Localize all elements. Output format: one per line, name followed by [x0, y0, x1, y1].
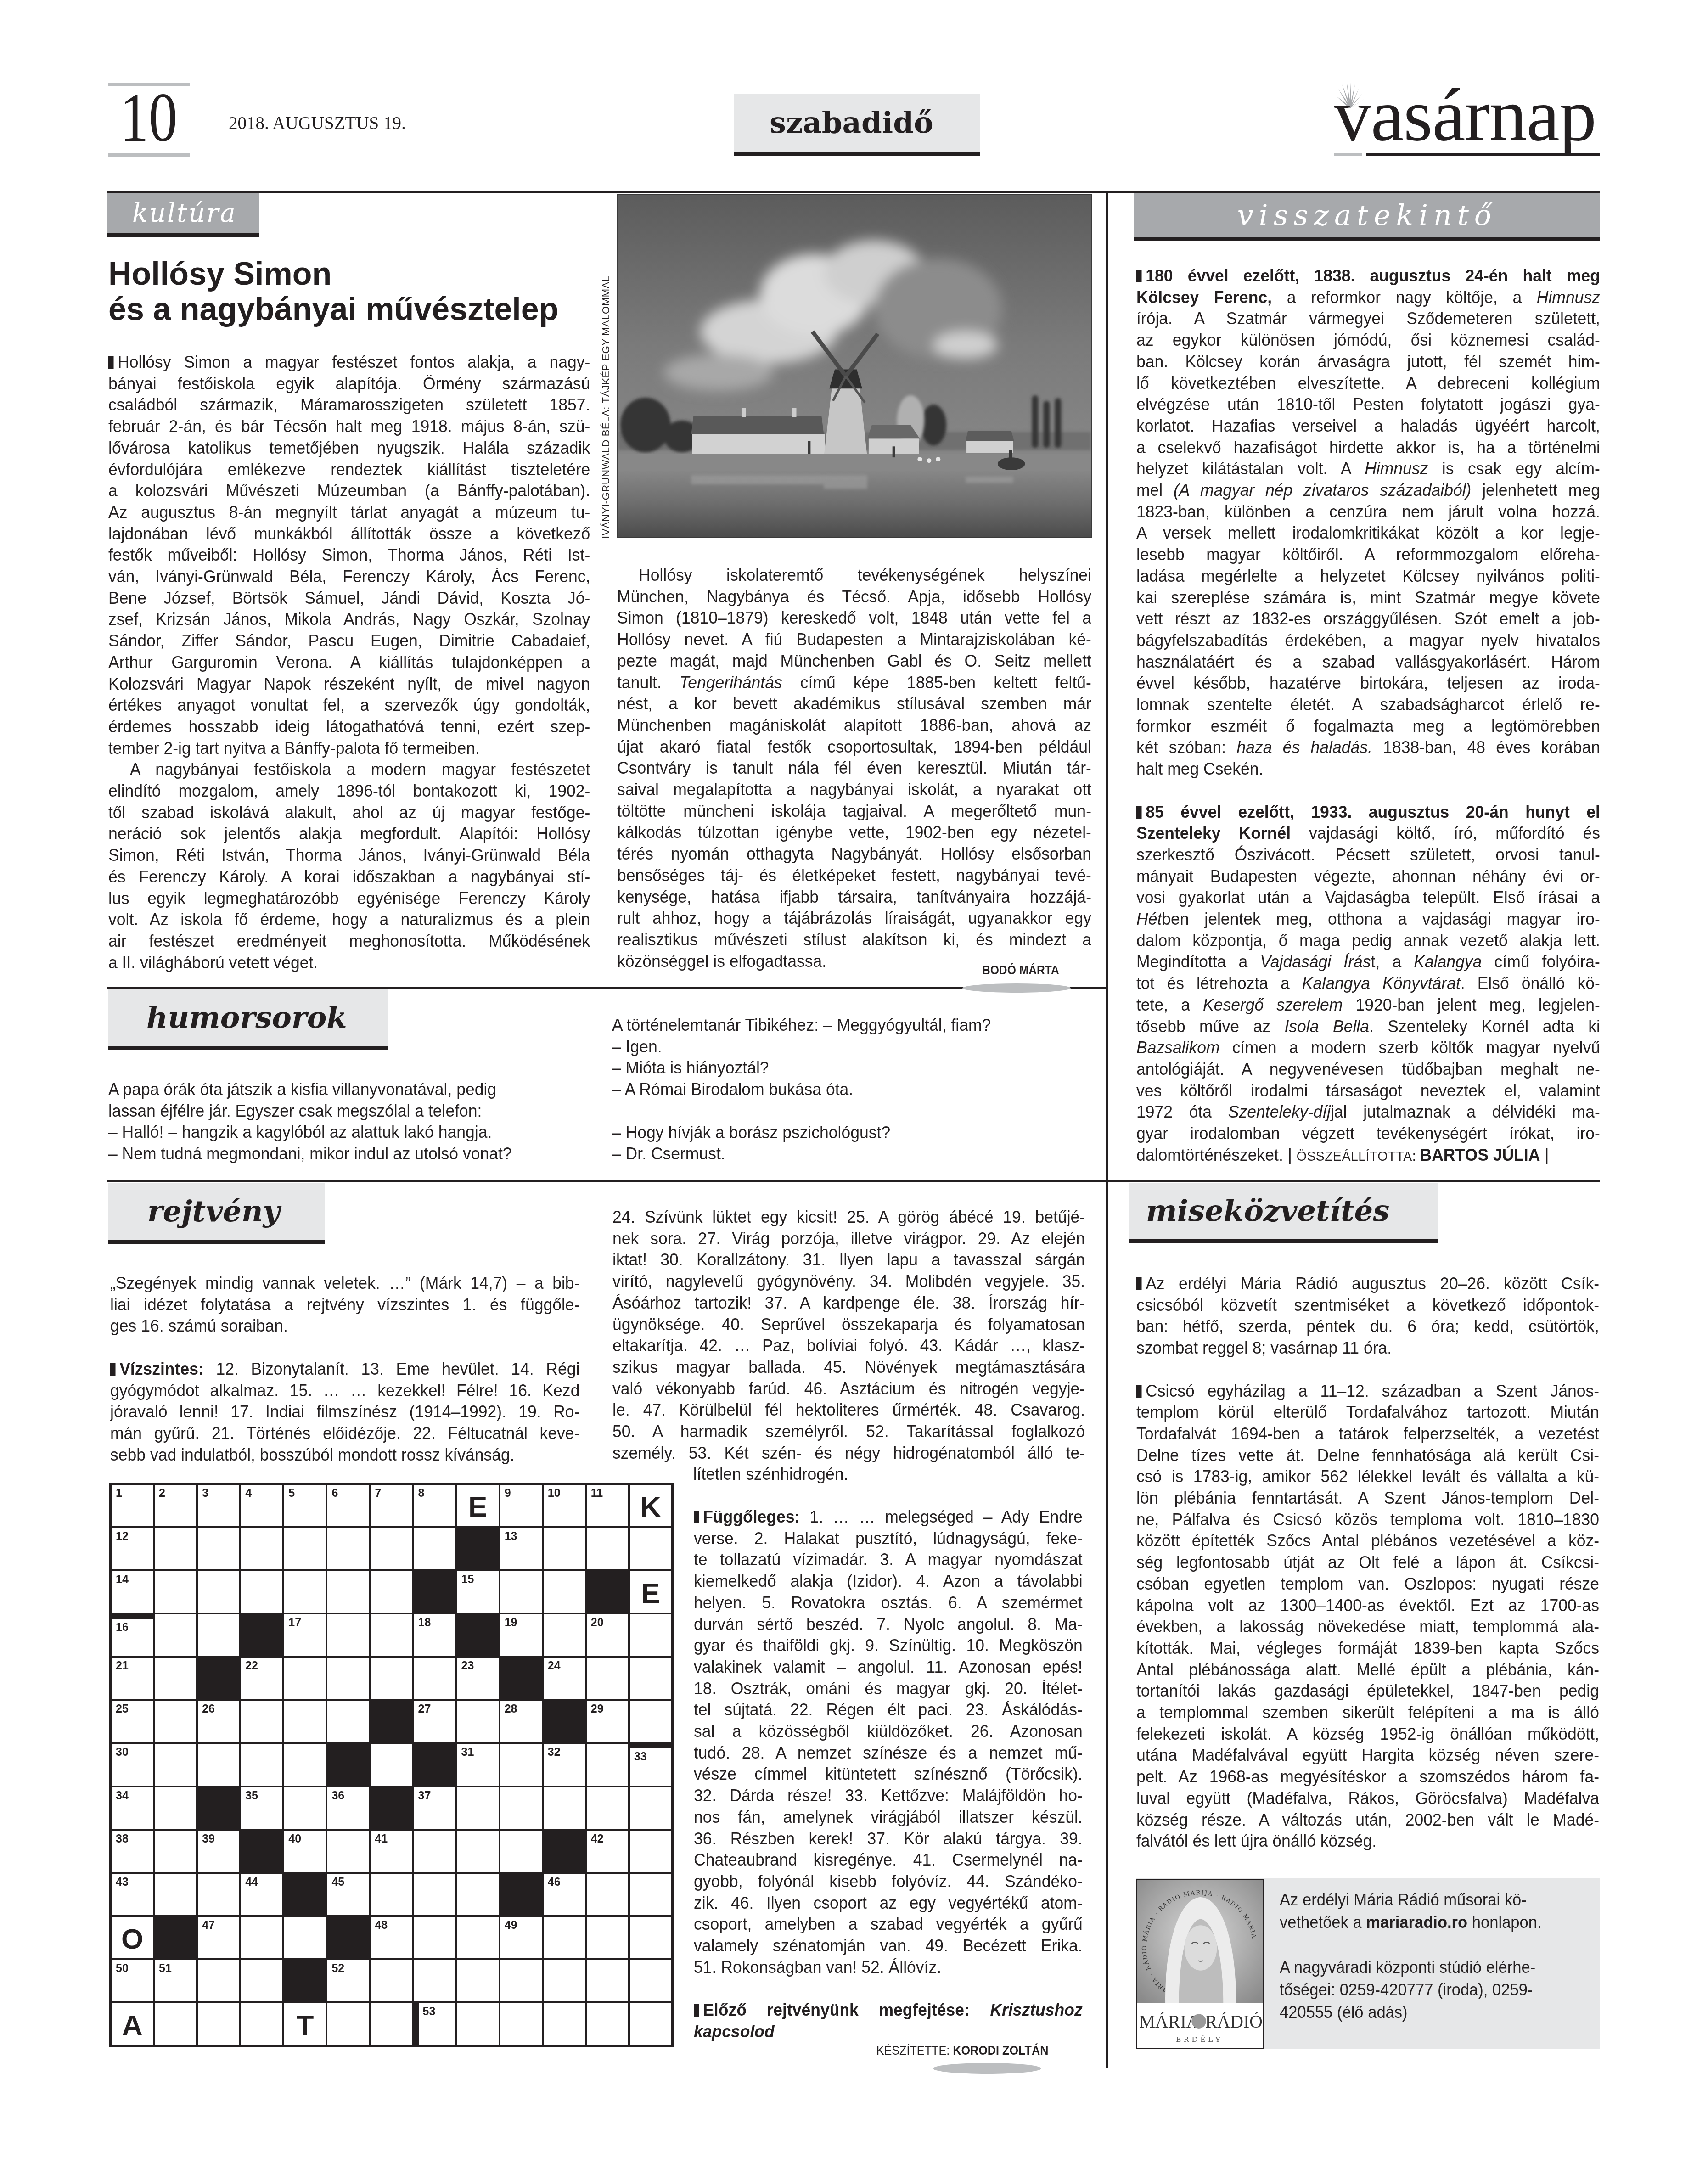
- text-line: Simon (1810–1879) kereskedő volt, 1848 u…: [617, 607, 1091, 629]
- crossword-cell[interactable]: [154, 1613, 197, 1657]
- paragraph-marker-icon: [1136, 270, 1142, 282]
- crossword-cell[interactable]: 5: [283, 1484, 326, 1527]
- crossword-cell[interactable]: [586, 1959, 629, 2002]
- crossword-cell[interactable]: [370, 1613, 413, 1657]
- crossword-cell[interactable]: [197, 1873, 240, 1916]
- crossword-cell[interactable]: [629, 2002, 672, 2045]
- crossword-block: [283, 1959, 326, 2002]
- clue-number: 12: [116, 1531, 129, 1542]
- crossword-cell[interactable]: [240, 1743, 283, 1786]
- crossword-cell[interactable]: [586, 1527, 629, 1570]
- crossword-cell[interactable]: [456, 1700, 500, 1743]
- puzzle-credit: KÉSZÍTETTE: KORODI ZOLTÁN: [876, 2042, 1048, 2059]
- text-run: elvégzése után 1810-től Pesten folytatot…: [1136, 395, 1600, 414]
- crossword-cell[interactable]: [500, 1570, 543, 1613]
- crossword-cell[interactable]: [154, 1743, 197, 1786]
- crossword-cell[interactable]: 53: [413, 2002, 456, 2045]
- text-line: antológiáját. A negyvenévesen tüdőbajban…: [1136, 1059, 1600, 1080]
- text-line: Ásóárhoz tartozik! 37. A kardpenge éle. …: [612, 1292, 1085, 1314]
- text-line: le. 47. Körülbelül fél hektoliteres űrmé…: [612, 1399, 1085, 1421]
- crossword-cell[interactable]: 27: [413, 1700, 456, 1743]
- clue-number: 50: [116, 1963, 129, 1974]
- text-line: Kolozsvári Magyar Napok részeként nyílt,…: [108, 674, 590, 695]
- crossword-cell[interactable]: [543, 1959, 586, 2002]
- text-run: felekezeti iskolát. A község 1952-ig öná…: [1136, 1725, 1599, 1743]
- crossword-cell[interactable]: 38: [111, 1830, 154, 1873]
- clue-number: 47: [202, 1920, 215, 1931]
- crossword-cell[interactable]: 30: [111, 1743, 154, 1786]
- styled-text-run: ÖSSZEÁLLÍTOTTA:: [1297, 1149, 1420, 1164]
- crossword-cell[interactable]: [283, 1527, 326, 1570]
- crossword-cell[interactable]: 23: [456, 1657, 500, 1700]
- crossword-cell[interactable]: 50: [111, 1959, 154, 2002]
- crossword-cell[interactable]: [629, 1700, 672, 1743]
- crossword-cell[interactable]: [543, 1527, 586, 1570]
- clue-number: 5: [288, 1488, 295, 1499]
- text-run: Sándor, Ziffer Sándor, Pascu Eugen, Dimi…: [108, 631, 590, 650]
- crossword-cell[interactable]: [326, 1570, 370, 1613]
- text-line: gyar és thaiföldi gkj. 9. Színültig. 10.…: [694, 1635, 1083, 1657]
- text-run: A történelemtanár Tibikéhez: – Meggyógyu…: [612, 1016, 991, 1034]
- text-run: sebb vad indulatból, bosszúból mondott r…: [110, 1445, 515, 1464]
- text-run: liai idézet folytatása a rejtvény vízszi…: [110, 1295, 579, 1314]
- text-run: – Mióta is hiányoztál?: [612, 1058, 769, 1077]
- crossword-cell[interactable]: [326, 2002, 370, 2045]
- text-line: község része. A változás után, 2002-ben …: [1136, 1809, 1599, 1831]
- crossword-cell[interactable]: [543, 1916, 586, 1959]
- crossword-cell[interactable]: 10: [543, 1484, 586, 1527]
- text-line: Hollósy nevet. A fiú Budapesten a Mintar…: [617, 629, 1091, 651]
- crossword-cell[interactable]: 32: [543, 1743, 586, 1786]
- text-run: gyar és thaiföldi gkj. 9. Színültig. 10.…: [694, 1636, 1083, 1655]
- text-run: – Dr. Csermust.: [612, 1144, 725, 1163]
- text-line: Az augusztus 8-án megnyílt tárlat anyagá…: [108, 502, 590, 523]
- crossword-cell[interactable]: [456, 1959, 500, 2002]
- page-number: 10: [120, 83, 177, 153]
- crossword-cell[interactable]: 21: [111, 1657, 154, 1700]
- crossword-cell[interactable]: 11: [586, 1484, 629, 1527]
- crossword-block: [413, 1743, 456, 1786]
- painting-image: [617, 194, 1092, 538]
- text-run: 1920-ban jelent meg, legjelen-: [1343, 995, 1600, 1014]
- crossword-cell[interactable]: [629, 1657, 672, 1700]
- text-run: Delne tízes vette át. Delne fennhatósága…: [1136, 1446, 1599, 1465]
- text-line: újat akaró fiatal festők csoportosultak,…: [617, 736, 1091, 758]
- text-line: tőségei: 0259-420777 (iroda), 0259-: [1280, 1978, 1597, 2001]
- crossword-cell[interactable]: [326, 1613, 370, 1657]
- crossword-cell[interactable]: [154, 1657, 197, 1700]
- crossword-cell[interactable]: [456, 1873, 500, 1916]
- crossword-cell[interactable]: [629, 1787, 672, 1830]
- crossword-cell[interactable]: [500, 1830, 543, 1873]
- text-line: lus egyik legmeghatározóbb egyénisége Fe…: [108, 888, 590, 910]
- column-divider: [1106, 192, 1108, 2068]
- crossword-cell[interactable]: 28: [500, 1700, 543, 1743]
- puzzle-section-rule: [107, 1180, 1600, 1182]
- crossword-cell[interactable]: 40: [283, 1830, 326, 1873]
- text-run: évfordulójára emlékezve rendeztek kiállí…: [108, 460, 590, 479]
- clue-number: 20: [591, 1617, 604, 1629]
- given-letter: E: [457, 1493, 499, 1522]
- crossword-cell[interactable]: 4: [240, 1484, 283, 1527]
- text-run: és Ferenczy Károly. A korai időszakban a…: [108, 867, 590, 886]
- text-run: – Hogy hívják a borász pszichológust?: [612, 1123, 890, 1142]
- text-line: 1823-ban, különben a cenzúra nem járult …: [1136, 501, 1600, 523]
- crossword-cell[interactable]: [543, 1570, 586, 1613]
- text-run: újat akaró fiatal festők csoportosultak,…: [617, 737, 1091, 756]
- text-run: az egykor különösen jómódú, ősi köznemes…: [1136, 331, 1600, 349]
- section-label-text: rejtvény: [147, 1194, 280, 1229]
- crossword-cell[interactable]: 51: [154, 1959, 197, 2002]
- section-label-text: kultúra: [132, 198, 237, 228]
- crossword-cell[interactable]: [197, 1613, 240, 1657]
- text-line: kapcsolod: [694, 2021, 1083, 2043]
- crossword-block: [240, 1830, 283, 1873]
- crossword-cell[interactable]: 42: [586, 1830, 629, 1873]
- crossword-cell[interactable]: [154, 1700, 197, 1743]
- crossword-cell[interactable]: 31: [456, 1743, 500, 1786]
- crossword-cell[interactable]: [543, 1613, 586, 1657]
- text-run: kították. Mai, végleges formáját 1839-be…: [1136, 1639, 1599, 1658]
- text-run: gyobb, folyónál kisebb folyóvíz. 44. Szá…: [694, 1872, 1083, 1891]
- byline-ornament: [962, 983, 1071, 993]
- clue-number: 6: [331, 1488, 338, 1499]
- crossword-cell[interactable]: [456, 1787, 500, 1830]
- clue-number: 43: [116, 1877, 129, 1888]
- crossword-cell[interactable]: [370, 1527, 413, 1570]
- clue-number: 46: [548, 1877, 561, 1888]
- crossword-cell[interactable]: [586, 1657, 629, 1700]
- text-line: Münchenben magániskolát alapított 1886-b…: [617, 715, 1091, 736]
- text-line: 36. Részben kerek! 37. Kör alakú tárgya.…: [694, 1828, 1083, 1850]
- crossword-cell[interactable]: [197, 2002, 240, 2045]
- text-run: ban. Kölcsey korán árvaságra jutott, fél…: [1136, 352, 1600, 371]
- crossword-cell[interactable]: [283, 1787, 326, 1830]
- joke-left: A papa órák óta játszik a kisfia villany…: [108, 1079, 593, 1165]
- text-run: lomnak szentelte életét. A szabadságharc…: [1136, 695, 1600, 714]
- text-line: tel sújtatá. 22. Régen élt paci. 23. Ásk…: [694, 1699, 1083, 1721]
- text-line: valamely szénatomján van. 49. Becézett E…: [694, 1935, 1083, 1957]
- crossword-cell[interactable]: [500, 1743, 543, 1786]
- crossword-cell[interactable]: 41: [370, 1830, 413, 1873]
- page-number-bottom-bar: [108, 153, 190, 157]
- text-line: csóban egyetlen templom van. Oszlopos: n…: [1136, 1573, 1599, 1595]
- text-line: kai szereplése számára is, mint Szatmár …: [1136, 587, 1600, 609]
- crossword-cell[interactable]: 34: [111, 1787, 154, 1830]
- text-line: lesebb magyar költőiről. A reformmozgalo…: [1136, 544, 1600, 566]
- text-run: Az erdélyi Mária Rádió műsorai kö-: [1280, 1890, 1527, 1909]
- paragraph-marker-icon: [1136, 806, 1142, 819]
- maria-radio-logo: RADIO MARIA · RÁDIÓ MÁRIA · RADIO MARIJA…: [1136, 1879, 1264, 2049]
- text-run: zsef, Krizsán János, Mikola András, Nagy…: [108, 610, 590, 629]
- logo-region: ERDÉLY: [1176, 2035, 1224, 2044]
- crossword-cell[interactable]: [629, 1959, 672, 2002]
- text-run: töltötte müncheni iskolája tagjaival. A …: [617, 802, 1091, 820]
- crossword-cell[interactable]: 45: [326, 1873, 370, 1916]
- crossword-cell[interactable]: [240, 1959, 283, 2002]
- text-line: 18. Osztrák, ománi és magyar gkj. 20. Ít…: [694, 1678, 1083, 1700]
- crossword-cell[interactable]: 15: [456, 1570, 500, 1613]
- paragraph: 24. Szívünk lüktet egy kicsit! 25. A gör…: [612, 1207, 1085, 1485]
- text-run: 420555 (élő adás): [1280, 2003, 1408, 2022]
- text-line: 180 évvel ezelőtt, 1838. augusztus 24-én…: [1136, 265, 1600, 287]
- crossword-cell[interactable]: 3: [197, 1484, 240, 1527]
- crossword-cell[interactable]: 25: [111, 1700, 154, 1743]
- clue-number: 38: [116, 1833, 129, 1845]
- crossword-cell[interactable]: [370, 1959, 413, 2002]
- crossword-cell[interactable]: 22: [240, 1657, 283, 1700]
- text-run: lajdonában lévő munkákból állították öss…: [108, 524, 590, 543]
- clue-number: 33: [634, 1751, 647, 1763]
- text-run: gyar irodalomban végzett tevékenységért …: [1136, 1124, 1600, 1143]
- crossword-cell[interactable]: [413, 1657, 456, 1700]
- crossword-cell[interactable]: 16: [111, 1613, 154, 1657]
- crossword-block: [326, 1743, 370, 1786]
- text-run: tot és létrehozta a: [1136, 974, 1302, 993]
- crossword-cell[interactable]: [456, 1916, 500, 1959]
- crossword-cell[interactable]: 49: [500, 1916, 543, 1959]
- styled-text-run: 85 évvel ezelőtt, 1933. augusztus 20-án …: [1146, 803, 1600, 821]
- crossword-grid: 12345678E91011K12131415E1617181920212223…: [109, 1483, 674, 2047]
- crossword-cell[interactable]: [326, 1700, 370, 1743]
- text-run: Az erdélyi Mária Rádió augusztus 20–26. …: [1146, 1274, 1599, 1293]
- crossword-cell[interactable]: [326, 1830, 370, 1873]
- crossword-cell[interactable]: 52: [326, 1959, 370, 2002]
- crossword-cell[interactable]: [586, 2002, 629, 2045]
- clue-number: 23: [461, 1660, 474, 1672]
- text-run: lesebb magyar költőiről. A reformmozgalo…: [1136, 545, 1600, 564]
- crossword-cell[interactable]: 36: [326, 1787, 370, 1830]
- crossword-cell[interactable]: [154, 1527, 197, 1570]
- crossword-cell[interactable]: [154, 1873, 197, 1916]
- crossword-cell[interactable]: [283, 1657, 326, 1700]
- crossword-cell[interactable]: 46: [543, 1873, 586, 1916]
- crossword-cell[interactable]: [629, 1830, 672, 1873]
- crossword-cell[interactable]: 9: [500, 1484, 543, 1527]
- text-run: vajdasági költő, író, műfordító és: [1291, 824, 1600, 843]
- text-line: korlatot. Hazafias verseivel a haladás ü…: [1136, 416, 1600, 437]
- crossword-cell[interactable]: [586, 1743, 629, 1786]
- text-run: kálkodás túlzottan igénybe vette, 1902-b…: [617, 823, 1091, 842]
- text-line: február 2-án, és bár Técsőn halt meg 191…: [108, 416, 590, 438]
- text-run: halt meg Csekén.: [1136, 759, 1263, 778]
- crossword-cell[interactable]: 13: [500, 1527, 543, 1570]
- text-line: Arthur Garguromin Verona. A kiállítás tu…: [108, 652, 590, 674]
- text-run: Simon (1810–1879) kereskedő volt, 1848 u…: [617, 608, 1091, 627]
- text-line: tot és létrehozta a Kalangya Könyvtárat.…: [1136, 973, 1600, 995]
- crossword-cell[interactable]: [456, 1830, 500, 1873]
- given-letter: T: [284, 2012, 326, 2040]
- clue-number: 13: [505, 1531, 517, 1542]
- styled-text-run: kapcsolod: [694, 2022, 775, 2041]
- crossword-cell[interactable]: [283, 1700, 326, 1743]
- crossword-cell[interactable]: 12: [111, 1527, 154, 1570]
- text-run: Ásóárhoz tartozik! 37. A kardpenge éle. …: [612, 1293, 1085, 1312]
- clue-number: 41: [375, 1833, 388, 1845]
- crossword-cell[interactable]: [370, 1570, 413, 1613]
- crossword-cell[interactable]: [629, 1527, 672, 1570]
- clue-number: 29: [591, 1703, 604, 1715]
- crossword-cell[interactable]: [413, 1527, 456, 1570]
- text-run: realisztikus művészeti stílust alakítson…: [617, 930, 1091, 949]
- text-run: Hollósy Simon a magyar festészet fontos …: [118, 353, 590, 371]
- crossword-cell[interactable]: [197, 1959, 240, 2002]
- crossword-block: [197, 1657, 240, 1700]
- text-line: töltötte müncheni iskolája tagjaival. A …: [617, 801, 1091, 822]
- text-run: ség legfontosabb útját az Olt felé a láp…: [1136, 1553, 1599, 1572]
- text-run: a II. világháború vetett véget.: [108, 953, 318, 972]
- credit-ornament: [933, 2063, 1041, 2074]
- crossword-cell[interactable]: O: [111, 1916, 154, 1959]
- crossword-cell[interactable]: [370, 1873, 413, 1916]
- crossword-cell[interactable]: [154, 1570, 197, 1613]
- clue-number: 4: [245, 1488, 252, 1499]
- crossword-cell[interactable]: [154, 1830, 197, 1873]
- crossword-cell[interactable]: [240, 1700, 283, 1743]
- crossword-cell[interactable]: 44: [240, 1873, 283, 1916]
- crossword-cell[interactable]: [413, 1959, 456, 2002]
- paragraph-marker-icon: [1136, 1385, 1142, 1398]
- crossword-cell[interactable]: [197, 1570, 240, 1613]
- text-line: csoport, amelyben a szabad vegyérték a g…: [694, 1914, 1083, 1935]
- clue-number: 1: [116, 1488, 122, 1499]
- crossword-cell[interactable]: 47: [197, 1916, 240, 1959]
- crossword-block: [197, 1787, 240, 1830]
- crossword-cell[interactable]: 7: [370, 1484, 413, 1527]
- crossword-cell[interactable]: [240, 1916, 283, 1959]
- crossword-cell[interactable]: [629, 1873, 672, 1916]
- joke-right: A történelemtanár Tibikéhez: – Meggyógyu…: [612, 1015, 1097, 1165]
- crossword-cell[interactable]: 6: [326, 1484, 370, 1527]
- text-line: Függőleges: 1. … … melegséged – Ady Endr…: [694, 1506, 1083, 1528]
- crossword-cell[interactable]: [543, 1787, 586, 1830]
- crossword-cell[interactable]: T: [283, 2002, 326, 2045]
- text-run: lővárosa katolikus temetőjében nyugszik.…: [108, 438, 590, 457]
- crossword-cell[interactable]: 1: [111, 1484, 154, 1527]
- styled-text-run: 180 évvel ezelőtt, 1838. augusztus 24-én…: [1146, 266, 1600, 285]
- clue-number: 32: [548, 1747, 561, 1758]
- styled-text-run: Himnusz: [1365, 459, 1428, 478]
- text-line: luval együtt (Madéfalva, Rákos, Göröcsfa…: [1136, 1788, 1599, 1809]
- crossword-cell[interactable]: A: [111, 2002, 154, 2045]
- text-line: formkor eszméit ő fogalmazta meg a legtö…: [1136, 716, 1600, 737]
- crossword-cell[interactable]: [283, 1916, 326, 1959]
- crossword-cell[interactable]: 19: [500, 1613, 543, 1657]
- crossword-cell[interactable]: [326, 1657, 370, 1700]
- crossword-cell[interactable]: [456, 2002, 500, 2045]
- crossword-cell[interactable]: [197, 1527, 240, 1570]
- text-run: című képe 1885-ben keltett feltű-: [782, 673, 1091, 692]
- crossword-cell[interactable]: [586, 1873, 629, 1916]
- crossword-cell[interactable]: 35: [240, 1787, 283, 1830]
- crossword-cell[interactable]: [370, 1743, 413, 1786]
- text-line: vethetőek a mariaradio.ro honlapon.: [1280, 1911, 1597, 1933]
- crossword-cell[interactable]: 8: [413, 1484, 456, 1527]
- clue-number: 52: [331, 1963, 344, 1974]
- crossword-cell[interactable]: 33: [629, 1743, 672, 1786]
- crossword-cell[interactable]: 17: [283, 1613, 326, 1657]
- text-run: t, a: [1371, 952, 1414, 971]
- crossword-cell[interactable]: [586, 1787, 629, 1830]
- crossword-cell[interactable]: [370, 1657, 413, 1700]
- text-line: liai idézet folytatása a rejtvény vízszi…: [110, 1294, 579, 1316]
- crossword-cell[interactable]: [326, 1527, 370, 1570]
- text-line: falvától és lett újra önálló község.: [1136, 1831, 1599, 1852]
- styled-text-run: Előző rejtvényünk megfejtése:: [703, 2000, 990, 2019]
- crossword-cell[interactable]: [629, 1613, 672, 1657]
- crossword-cell[interactable]: [370, 2002, 413, 2045]
- crossword-cell[interactable]: [283, 1570, 326, 1613]
- crossword-cell[interactable]: 39: [197, 1830, 240, 1873]
- crossword-cell[interactable]: [500, 2002, 543, 2045]
- text-run: honlapon.: [1467, 1913, 1541, 1932]
- crossword-cell[interactable]: 18: [413, 1613, 456, 1657]
- crossword-cell[interactable]: E: [629, 1570, 672, 1613]
- text-run: című folyóira-: [1482, 952, 1600, 971]
- crossword-cell[interactable]: 20: [586, 1613, 629, 1657]
- crossword-block: [500, 1873, 543, 1916]
- article-headline: Hollósy Simon és a nagybányai művésztele…: [108, 256, 558, 327]
- crossword-cell[interactable]: [500, 1959, 543, 2002]
- clue-number: 51: [159, 1963, 172, 1974]
- crossword-cell[interactable]: [543, 2002, 586, 2045]
- crossword-cell[interactable]: 24: [543, 1657, 586, 1700]
- crossword-cell[interactable]: K: [629, 1484, 672, 1527]
- section-label-humorsorok: humorsorok: [108, 989, 388, 1050]
- crossword-cell[interactable]: [413, 1830, 456, 1873]
- crossword-cell[interactable]: E: [456, 1484, 500, 1527]
- clue-number: 53: [423, 2006, 436, 2017]
- crossword-cell[interactable]: [629, 1916, 672, 1959]
- crossword-cell[interactable]: 14: [111, 1570, 154, 1613]
- text-run: a cselekvő hazafiságot hirdette akkor is…: [1136, 438, 1600, 457]
- crossword-cell[interactable]: [586, 1916, 629, 1959]
- crossword-cell[interactable]: [154, 1787, 197, 1830]
- crossword-cell[interactable]: [240, 1570, 283, 1613]
- crossword-cell[interactable]: [197, 1743, 240, 1786]
- text-run: között építették Szőcs Antal plébános ve…: [1136, 1531, 1599, 1550]
- text-line: Bene József, Börtsök Sámuel, Jándi Dávid…: [108, 588, 590, 609]
- crossword-cell[interactable]: [154, 2002, 197, 2045]
- crossword-cell[interactable]: 48: [370, 1916, 413, 1959]
- crossword-cell[interactable]: [283, 1743, 326, 1786]
- text-line: mányait Budapesten végezte, ahonnan néhá…: [1136, 866, 1600, 888]
- text-run: Arthur Garguromin Verona. A kiállítás tu…: [108, 653, 590, 672]
- crossword-cell[interactable]: 37: [413, 1787, 456, 1830]
- text-run: A versek mellett irodalomkritikákat közö…: [1136, 523, 1600, 542]
- text-line: Az erdélyi Mária Rádió augusztus 20–26. …: [1136, 1273, 1599, 1295]
- crossword-cell[interactable]: [413, 1916, 456, 1959]
- text-run: Chateaubrand kisregénye. 41. Csermelynél…: [694, 1850, 1083, 1869]
- crossword-cell[interactable]: 26: [197, 1700, 240, 1743]
- text-run: lön plébánia fenntartását. A Szent János…: [1136, 1489, 1599, 1507]
- crossword-cell[interactable]: [240, 2002, 283, 2045]
- text-line: nek sora. 27. Virág porzója, illetve vir…: [612, 1228, 1085, 1250]
- crossword-cell[interactable]: [500, 1787, 543, 1830]
- mass-broadcast-body: Az erdélyi Mária Rádió augusztus 20–26. …: [1136, 1273, 1599, 1852]
- text-run: A nagybányai festőiskola a modern magyar…: [130, 760, 590, 779]
- text-line: – Nem tudná megmondani, mikor indul az u…: [108, 1143, 593, 1165]
- text-run: tanult.: [617, 673, 680, 692]
- crossword-cell[interactable]: 43: [111, 1873, 154, 1916]
- crossword-cell[interactable]: 29: [586, 1700, 629, 1743]
- text-line: „Szegények mindig vannak veletek. …” (Má…: [110, 1273, 579, 1294]
- text-line: tanult. Tengerihántás című képe 1885-ben…: [617, 672, 1091, 694]
- crossword-cell[interactable]: [413, 1873, 456, 1916]
- crossword-block: [543, 1830, 586, 1873]
- crossword-cell[interactable]: 2: [154, 1484, 197, 1527]
- crossword-cell[interactable]: [240, 1527, 283, 1570]
